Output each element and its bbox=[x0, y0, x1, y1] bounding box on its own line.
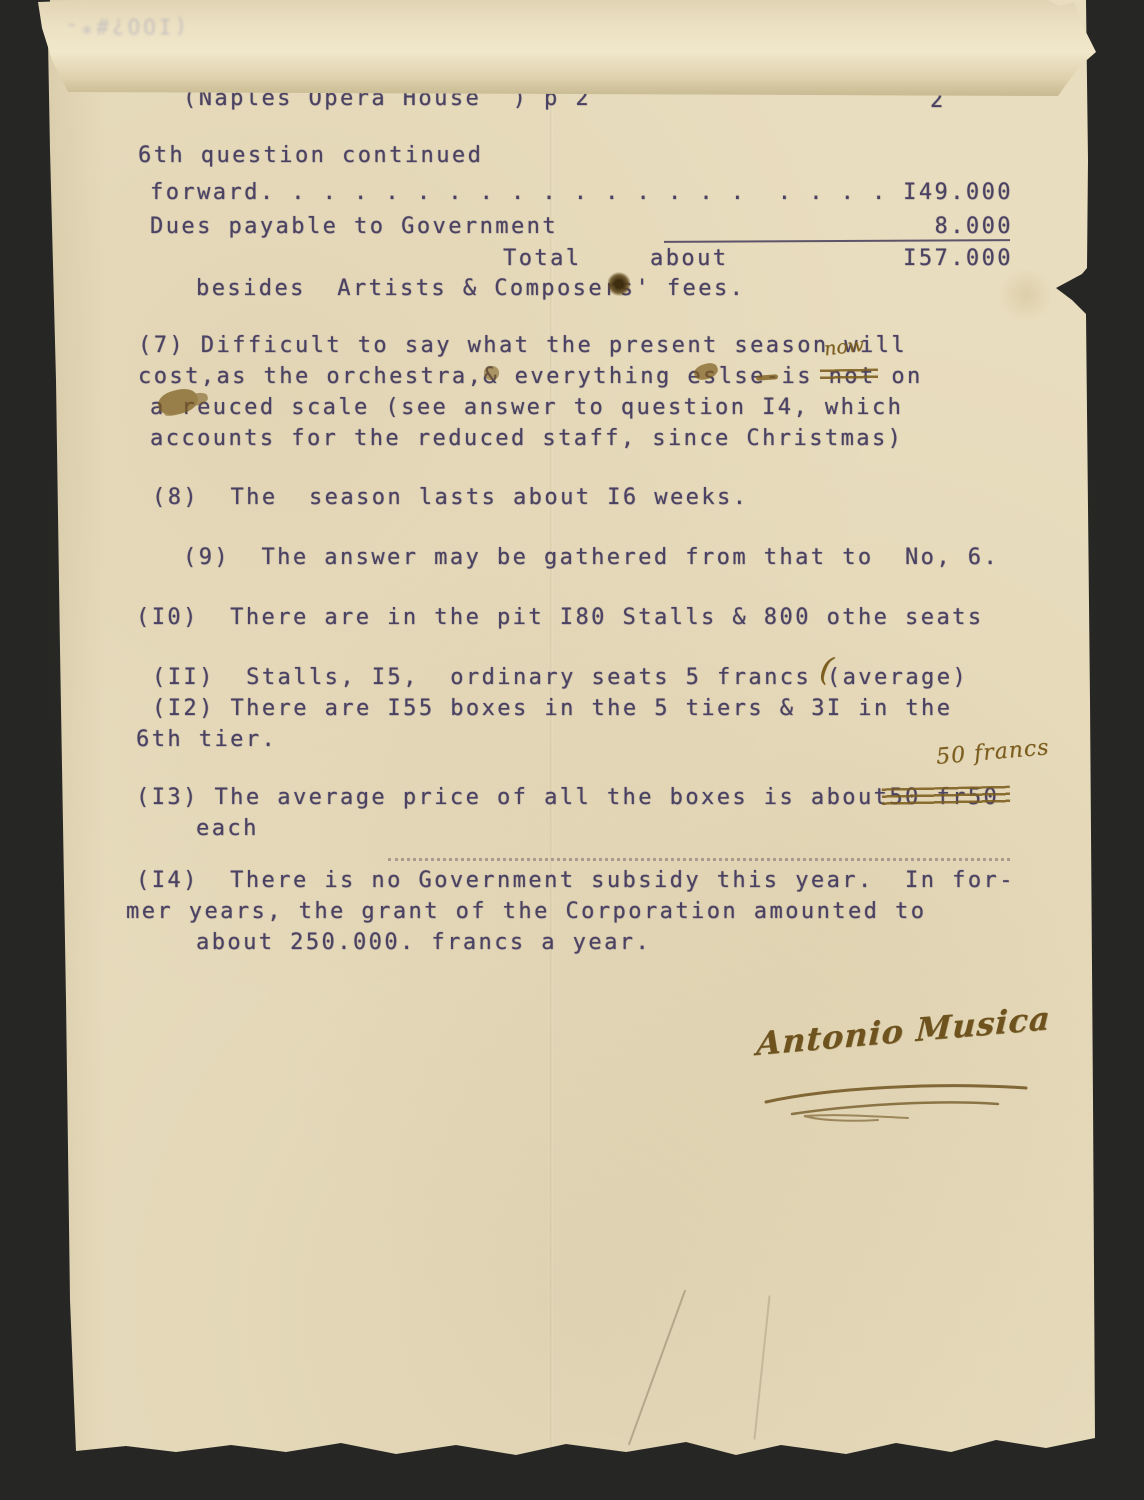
strikethrough-price bbox=[882, 786, 1010, 809]
dues-amount: 8.000 bbox=[838, 214, 1013, 240]
total-amount: I57.000 bbox=[838, 246, 1013, 272]
bleedthrough-text: (IOO?#*- bbox=[62, 14, 187, 38]
forward-amount: I49.000 bbox=[838, 180, 1013, 206]
answer-12-line: 6th tier. bbox=[136, 727, 277, 753]
answer-7-line: a reuced scale (see answer to question I… bbox=[150, 395, 903, 421]
dotted-leader-line bbox=[388, 858, 1010, 861]
answer-14-line: about 250.000. francs a year. bbox=[196, 930, 651, 956]
ink-blotch bbox=[608, 272, 630, 296]
diagonal-crease bbox=[628, 1290, 686, 1446]
strikethrough-not bbox=[820, 368, 878, 382]
answer-13-line: (I3) The average price of all the boxes … bbox=[136, 785, 999, 811]
answer-14-line: mer years, the grant of the Corporation … bbox=[126, 899, 926, 925]
answer-7-line: (7) Difficult to say what the present se… bbox=[138, 333, 907, 359]
dues-label: Dues payable to Government bbox=[150, 214, 558, 240]
total-label: Total bbox=[503, 246, 581, 272]
answer-8-line: (8) The season lasts about I6 weeks. bbox=[152, 485, 748, 511]
answer-14-line: (I4) There is no Government subsidy this… bbox=[136, 868, 1015, 894]
paper-fold-flap: (IOO?#*- bbox=[28, 0, 1112, 96]
ink-scribble bbox=[484, 366, 499, 380]
fees-note: besides Artists & Composers' fees. bbox=[196, 276, 745, 302]
answer-12-line: (I2) There are I55 boxes in the 5 tiers … bbox=[152, 696, 952, 722]
answer-7-line: cost,as the orchestra,& everything eslse… bbox=[138, 364, 923, 390]
answer-13-line: each bbox=[196, 816, 259, 842]
signature-flourish bbox=[758, 1080, 1038, 1126]
forward-label: forward. . . . . . . . . . . . . . . . .… bbox=[150, 180, 888, 206]
answer-11-line: (II) Stalls, I5, ordinary seats 5 francs… bbox=[152, 665, 968, 691]
answer-9-line: (9) The answer may be gathered from that… bbox=[183, 545, 999, 571]
diagonal-crease bbox=[753, 1295, 770, 1439]
scanned-document-photo: (Naples Opera House ) p 2 2 6th question… bbox=[0, 0, 1144, 1500]
answer-10-line: (I0) There are in the pit I80 Stalls & 8… bbox=[136, 605, 984, 631]
section-heading: 6th question continued bbox=[138, 143, 483, 169]
total-qualifier: about bbox=[650, 246, 728, 272]
paper-stain bbox=[996, 270, 1056, 320]
answer-7-line: accounts for the reduced staff, since Ch… bbox=[150, 426, 903, 452]
